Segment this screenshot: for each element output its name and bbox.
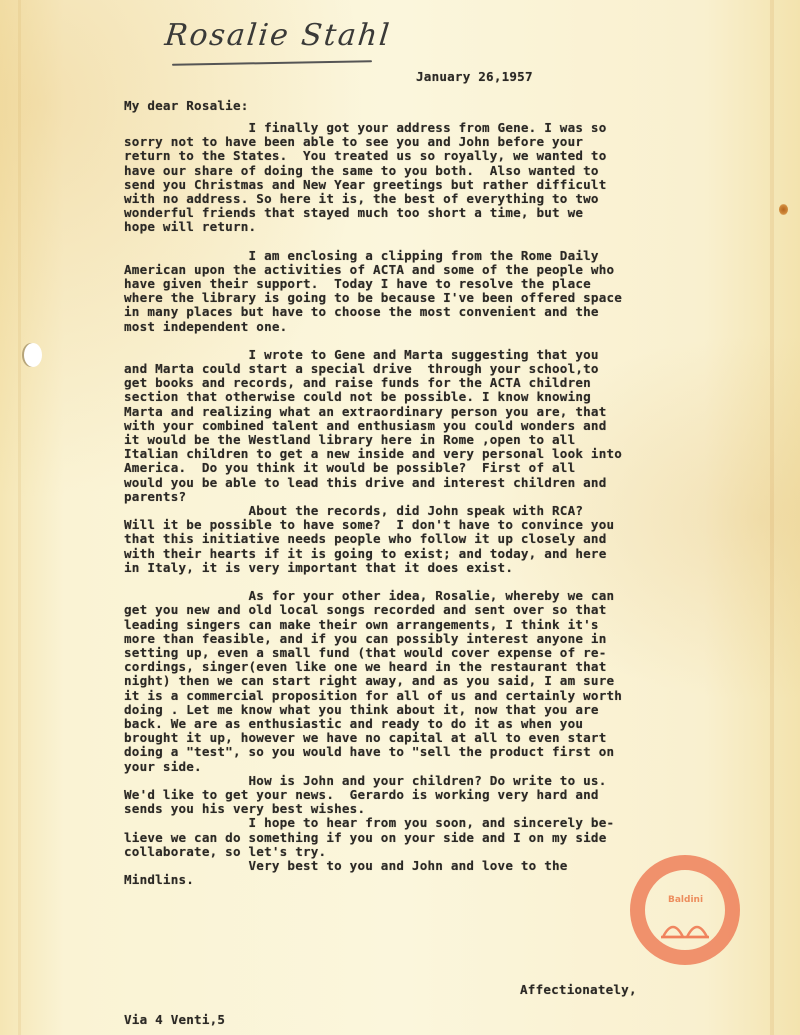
text-line: return to the States. You treated us so … — [124, 149, 622, 163]
handwritten-name: Rosalie Stahl — [163, 18, 393, 53]
text-line: in many places but have to choose the mo… — [124, 305, 622, 319]
handwritten-underline — [172, 60, 372, 65]
text-line: hope will return. — [124, 220, 622, 234]
text-line: American upon the activities of ACTA and… — [124, 263, 622, 277]
text-line: sorry not to have been able to see you a… — [124, 135, 622, 149]
text-line: would you be able to lead this drive and… — [124, 476, 622, 490]
stamp-logo-icon — [660, 915, 710, 939]
text-line: parents? — [124, 490, 622, 504]
text-line: more than feasible, and if you can possi… — [124, 632, 622, 646]
text-line: Marta and realizing what an extraordinar… — [124, 405, 622, 419]
text-line: doing . Let me know what you think about… — [124, 703, 622, 717]
paragraph: How is John and your children? Do write … — [124, 774, 622, 817]
text-line: We'd like to get your news. Gerardo is w… — [124, 788, 622, 802]
paragraph: I wrote to Gene and Marta suggesting tha… — [124, 348, 622, 504]
text-line: send you Christmas and New Year greeting… — [124, 178, 622, 192]
text-line: with their hearts if it is going to exis… — [124, 547, 622, 561]
paragraph: Very best to you and John and love to th… — [124, 859, 622, 887]
text-line: get you new and old local songs recorded… — [124, 603, 622, 617]
paragraph: I am enclosing a clipping from the Rome … — [124, 249, 622, 334]
text-line: and Marta could start a special drive th… — [124, 362, 622, 376]
text-line: where the library is going to be because… — [124, 291, 622, 305]
closing: Affectionately, — [520, 983, 637, 997]
text-line: section that otherwise could not be poss… — [124, 390, 622, 404]
paragraph: I hope to hear from you soon, and sincer… — [124, 816, 622, 859]
text-line: leading singers can make their own arran… — [124, 618, 622, 632]
text-line: Very best to you and John and love to th… — [124, 859, 622, 873]
paragraph: I finally got your address from Gene. I … — [124, 121, 622, 235]
text-line: America. Do you think it would be possib… — [124, 461, 622, 475]
paragraph: As for your other idea, Rosalie, whereby… — [124, 589, 622, 774]
text-line: brought it up, however we have no capita… — [124, 731, 622, 745]
paper-fold — [770, 0, 774, 1035]
text-line: setting up, even a small fund (that woul… — [124, 646, 622, 660]
text-line: I am enclosing a clipping from the Rome … — [124, 249, 622, 263]
paragraph: About the records, did John speak with R… — [124, 504, 622, 575]
text-line: cordings, singer(even like one we heard … — [124, 660, 622, 674]
text-line: night) then we can start right away, and… — [124, 674, 622, 688]
text-line: it would be the Westland library here in… — [124, 433, 622, 447]
archive-stamp — [630, 855, 740, 965]
text-line: I finally got your address from Gene. I … — [124, 121, 622, 135]
text-line: back. We are as enthusiastic and ready t… — [124, 717, 622, 731]
text-line: in Italy, it is very important that it d… — [124, 561, 622, 575]
letter-date: January 26,1957 — [416, 70, 533, 84]
rust-stain — [779, 204, 788, 215]
letter-body: I finally got your address from Gene. I … — [124, 121, 622, 887]
text-line: I hope to hear from you soon, and sincer… — [124, 816, 622, 830]
text-line: have our share of doing the same to you … — [124, 164, 622, 178]
salutation: My dear Rosalie: — [124, 99, 249, 113]
text-line: most independent one. — [124, 320, 622, 334]
text-line: get books and records, and raise funds f… — [124, 376, 622, 390]
text-line: have given their support. Today I have t… — [124, 277, 622, 291]
text-line: your side. — [124, 760, 622, 774]
text-line: As for your other idea, Rosalie, whereby… — [124, 589, 622, 603]
text-line: it is a commercial proposition for all o… — [124, 689, 622, 703]
text-line: I wrote to Gene and Marta suggesting tha… — [124, 348, 622, 362]
text-line: wonderful friends that stayed much too s… — [124, 206, 622, 220]
paper-fold — [18, 0, 21, 1035]
letter-page: Rosalie Stahl January 26,1957 My dear Ro… — [0, 0, 800, 1035]
text-line: sends you his very best wishes. — [124, 802, 622, 816]
text-line: collaborate, so let's try. — [124, 845, 622, 859]
text-line: with no address. So here it is, the best… — [124, 192, 622, 206]
sender-address: Via 4 Venti,5 — [124, 1013, 225, 1027]
text-line: that this initiative needs people who fo… — [124, 532, 622, 546]
text-line: How is John and your children? Do write … — [124, 774, 622, 788]
text-line: lieve we can do something if you on your… — [124, 831, 622, 845]
text-line: About the records, did John speak with R… — [124, 504, 622, 518]
text-line: Italian children to get a new inside and… — [124, 447, 622, 461]
stamp-label: Baldini — [668, 895, 703, 905]
text-line: Will it be possible to have some? I don'… — [124, 518, 622, 532]
text-line: Mindlins. — [124, 873, 622, 887]
text-line: with your combined talent and enthusiasm… — [124, 419, 622, 433]
text-line: doing a "test", so you would have to "se… — [124, 745, 622, 759]
punch-hole — [24, 343, 42, 367]
